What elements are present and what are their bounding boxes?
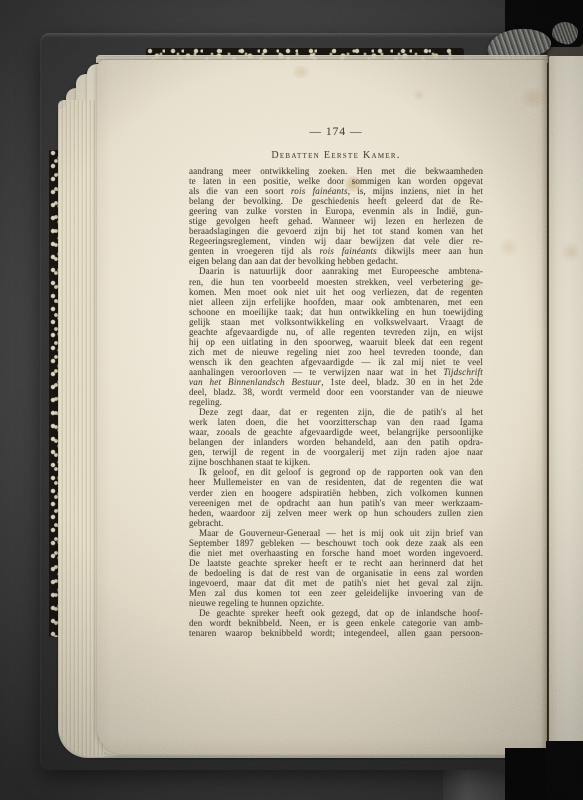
spine-opening-bottom-right [546, 741, 583, 800]
text-line: zijne boschhanen staat te kijken. [189, 457, 483, 467]
text-line: verder zien en hoogere adspiratiën hebbe… [189, 488, 483, 498]
text-line: vereenigen met de opdracht aan hun patih… [189, 498, 483, 508]
text-line: aanhalingen veroorloven — te verwijzen n… [189, 367, 483, 377]
text-line: den wordt beknibbeld. Neen, er is geen e… [189, 618, 483, 628]
text-line: belang der bevolking. De geschiedenis he… [189, 196, 483, 206]
facing-page [549, 56, 583, 748]
text-line: regeling. [189, 397, 483, 407]
text-line: eigen belang dan aan dat der bevolking h… [189, 256, 483, 266]
text-line: genten in vroegeren tijd als rois fainéa… [189, 246, 483, 256]
text-line: gen, terwijl de regent in de voorgalerij… [189, 447, 483, 457]
text-line: September 1897 gebleken — beschouwt toch… [189, 538, 483, 548]
foxing-stain [562, 242, 580, 262]
text-line: stige gevolgen heeft gehad. Wanneer wij … [189, 216, 483, 226]
text-line: Men zal dus komen tot een zeer geleideli… [189, 588, 483, 598]
foxing-stain [290, 66, 312, 78]
text-line: komen. Men moet ook niet uit het oog ver… [189, 287, 483, 297]
text-line: als die van een soort rois fainéants, is… [189, 186, 483, 196]
text-line: De geachte spreker heeft ook gezegd, dat… [189, 608, 483, 618]
text-line: gelijk staan met volksontwikkeling en vo… [189, 317, 483, 327]
text-line: zich met de nieuwe regeling niet zoo hee… [189, 347, 483, 357]
text-line: wensch ik den geachten afgevaardigde — i… [189, 357, 483, 367]
text-line: van het Binnenlandsch Bestuur, 1ste deel… [189, 377, 483, 387]
text-line: schoone en moeilijke taak; dat hun ontwi… [189, 307, 483, 317]
text-line: belangen der inlanders worden behandeld,… [189, 437, 483, 447]
foxing-stain [498, 238, 520, 256]
text-line: nieuwe regeling te hunnen opzichte. [189, 598, 483, 608]
text-line: ingevoerd, maar dat dit met de patih's n… [189, 578, 483, 588]
foxing-stain [412, 90, 426, 100]
text-line: die niet met overhaasting en forsche han… [189, 548, 483, 558]
text-line: Daarin is natuurlijk door aanraking met … [189, 266, 483, 276]
text-line: te laten in een positie, welke door somm… [189, 176, 483, 186]
text-line: de bedoeling is dat de rest van de organ… [189, 568, 483, 578]
text-line: Ik geloof, en dit geloof is gegrond op d… [189, 467, 483, 477]
running-header: Debatten Eerste Kamer. [189, 150, 483, 161]
text-line: geering van zulke vorsten in Europa, eve… [189, 206, 483, 216]
body-text: aandrang meer ontwikkeling zoeken. Hen m… [189, 166, 483, 638]
book-scan-photo: — 174 — Debatten Eerste Kamer. aandrang … [0, 0, 583, 800]
text-line: Regeeringsreglement, vinden wij daar bew… [189, 236, 483, 246]
text-line: waar, zooals de geachte afgevaardigde we… [189, 427, 483, 437]
text-line: heer Mullemeister en van de residenten, … [189, 477, 483, 487]
text-line: werk laten doen, die het voorzitterschap… [189, 417, 483, 427]
text-line: ren, die hun ten voorbeeld moesten strek… [189, 277, 483, 287]
text-line: aandrang meer ontwikkeling zoeken. Hen m… [189, 166, 483, 176]
foxing-stain [520, 88, 546, 108]
text-line: beraadslagingen die gevoerd zijn bij het… [189, 226, 483, 236]
text-line: heden, waardoor zij zelven meer werk op … [189, 508, 483, 518]
gutter-shadow [541, 56, 552, 755]
text-line: tenaren waarop beknibbeld wordt; integen… [189, 628, 483, 638]
text-line: gebracht. [189, 518, 483, 528]
text-line: Maar de Gouverneur-Generaal — het is mij… [189, 528, 483, 538]
text-line: hij op een uitlating in den spoorweg, wa… [189, 337, 483, 347]
text-line: deel, bladz. 38, wordt vermeld door een … [189, 387, 483, 397]
text-line: Deze zegt daar, dat er regenten zijn, di… [189, 407, 483, 417]
text-line: geachte afgevaardigde nu, of alle regent… [189, 327, 483, 337]
text-line: De laatste geachte spreker heeft er te r… [189, 558, 483, 568]
text-line: niet alleen zijn erfelijke hoofden, maar… [189, 297, 483, 307]
page-number: — 174 — [189, 126, 483, 138]
